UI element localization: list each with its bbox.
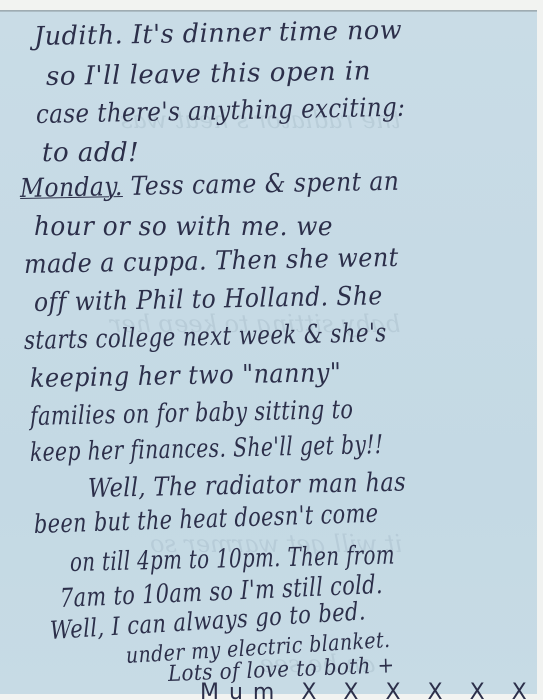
- letter-line-6: hour or so with me. we: [34, 212, 333, 242]
- letter-line-2: so I'll leave this open in: [46, 56, 371, 92]
- letter-line-4: to add!: [42, 138, 139, 168]
- letter-signature-kisses: Mum X X X X X X: [200, 680, 537, 700]
- letter-line-10: keeping her two "nanny": [30, 358, 342, 394]
- underlined-word: Monday.: [20, 172, 123, 204]
- scanned-page: the radiator's heat was baby sitting to …: [0, 0, 543, 700]
